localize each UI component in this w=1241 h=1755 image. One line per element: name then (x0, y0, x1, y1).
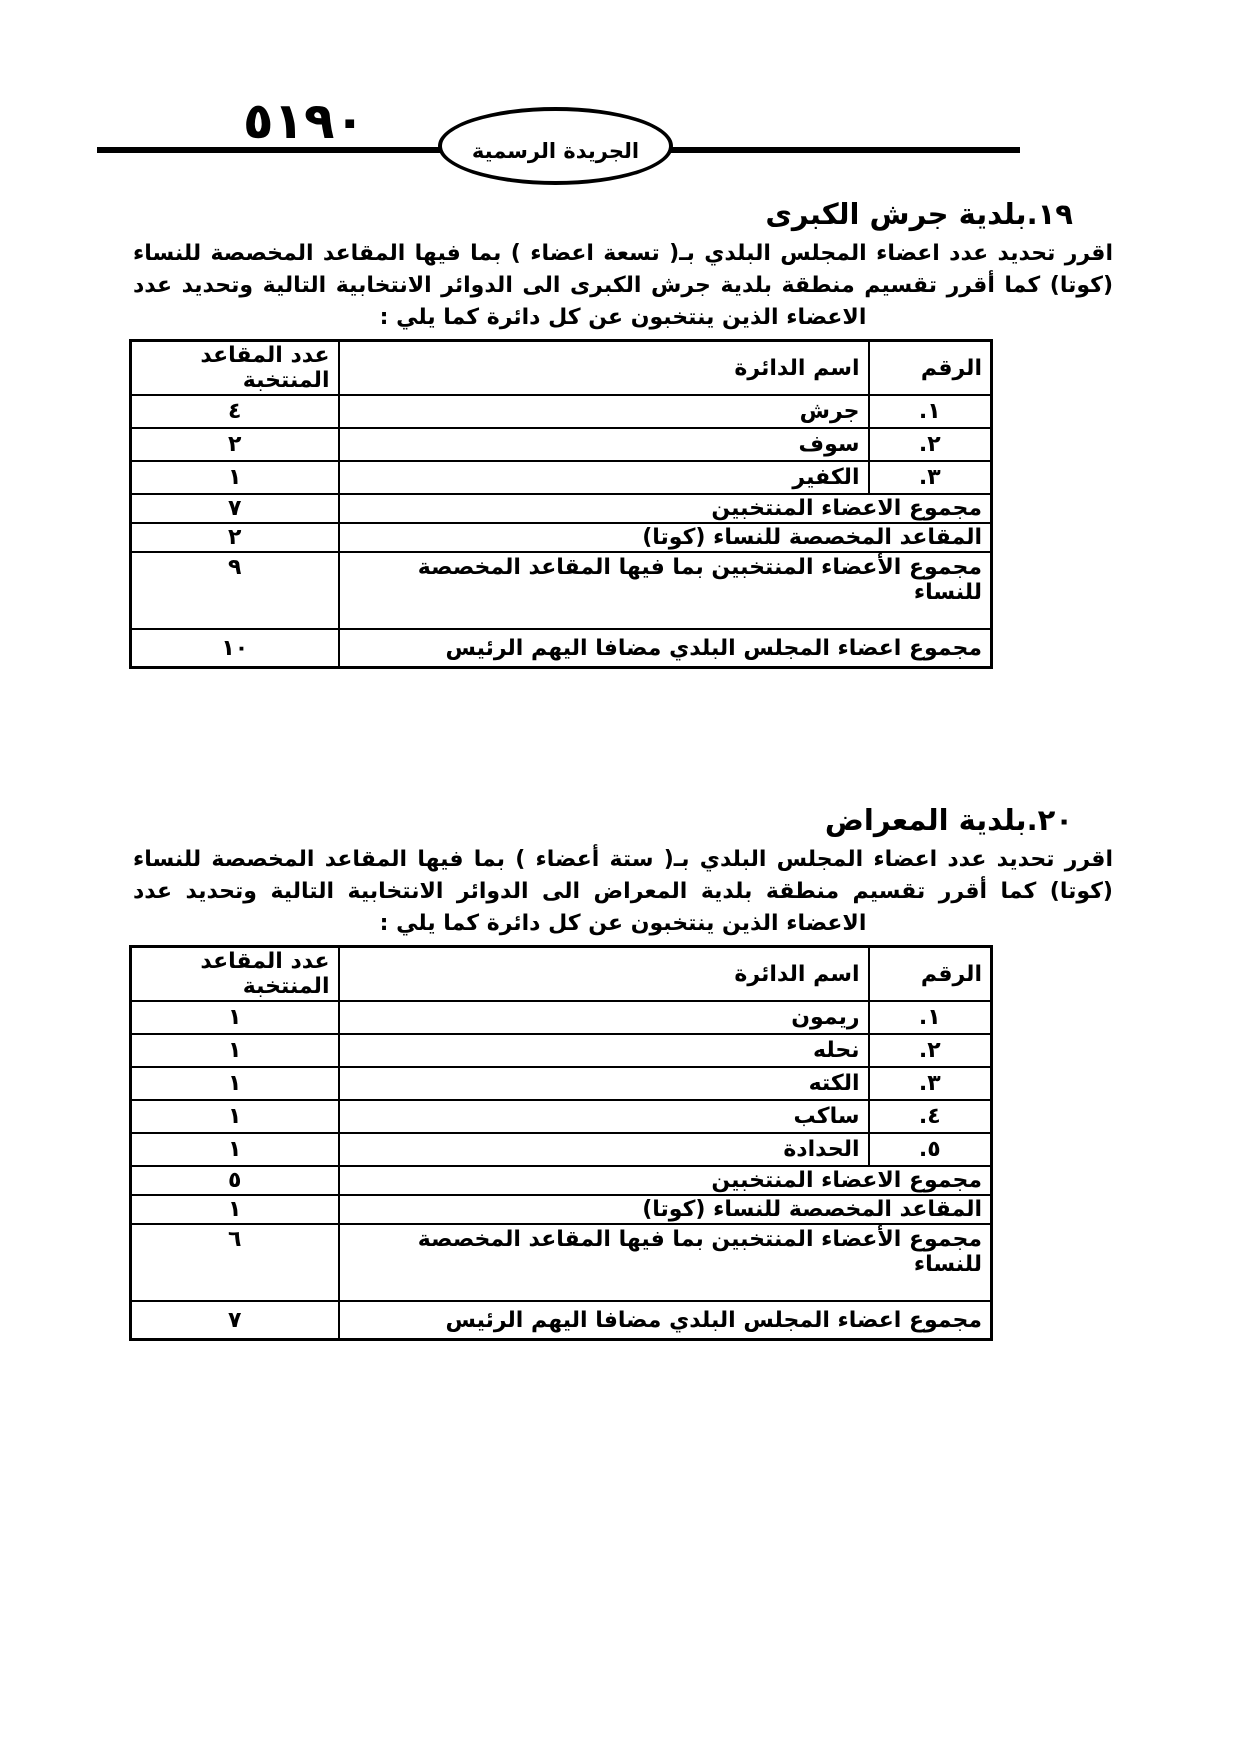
table-row: ٢. سوف ٢ (131, 428, 992, 461)
row-number: ٥. (869, 1133, 992, 1166)
summary-value: ٦ (131, 1224, 339, 1301)
page-content: ١٩.بلدية جرش الكبرى اقرر تحديد عدد اعضاء… (133, 0, 1113, 1341)
col-header-number: الرقم (869, 341, 992, 396)
table-header-row: الرقم اسم الدائرة عدد المقاعد المنتخبة (131, 947, 992, 1002)
summary-value: ٥ (131, 1166, 339, 1195)
seats-table-maarad: الرقم اسم الدائرة عدد المقاعد المنتخبة ١… (129, 945, 993, 1341)
district-seats: ١ (131, 461, 339, 494)
col-header-district: اسم الدائرة (339, 341, 869, 396)
district-seats: ١ (131, 1034, 339, 1067)
summary-label-text: مجموع الأعضاء المنتخبين بما فيها المقاعد… (407, 1227, 982, 1277)
summary-row-total-with-quota: مجموع الأعضاء المنتخبين بما فيها المقاعد… (131, 1224, 992, 1301)
summary-label: مجموع الأعضاء المنتخبين بما فيها المقاعد… (339, 552, 992, 629)
col-header-number: الرقم (869, 947, 992, 1002)
summary-value: ٩ (131, 552, 339, 629)
district-name: ساكب (339, 1100, 869, 1133)
gazette-title-ellipse: الجريدة الرسمية (438, 107, 673, 185)
summary-value: ٢ (131, 523, 339, 552)
summary-row-elected-total: مجموع الاعضاء المنتخبين ٥ (131, 1166, 992, 1195)
table-header-row: الرقم اسم الدائرة عدد المقاعد المنتخبة (131, 341, 992, 396)
gazette-page: ٥١٩٠ الجريدة الرسمية ١٩.بلدية جرش الكبرى… (0, 0, 1241, 1755)
district-name: جرش (339, 395, 869, 428)
summary-label: مجموع الأعضاء المنتخبين بما فيها المقاعد… (339, 1224, 992, 1301)
district-name: سوف (339, 428, 869, 461)
summary-label-text: مجموع الأعضاء المنتخبين بما فيها المقاعد… (407, 555, 982, 605)
summary-label: مجموع اعضاء المجلس البلدي مضافا اليهم ال… (339, 629, 992, 668)
col-header-seats: عدد المقاعد المنتخبة (131, 947, 339, 1002)
summary-label: المقاعد المخصصة للنساء (كوتا) (339, 1195, 992, 1224)
summary-row-elected-total: مجموع الاعضاء المنتخبين ٧ (131, 494, 992, 523)
summary-row-women-quota: المقاعد المخصصة للنساء (كوتا) ٢ (131, 523, 992, 552)
summary-row-women-quota: المقاعد المخصصة للنساء (كوتا) ١ (131, 1195, 992, 1224)
row-number: ٣. (869, 461, 992, 494)
row-number: ٢. (869, 428, 992, 461)
table-row: ٢. نحله ١ (131, 1034, 992, 1067)
row-number: ١. (869, 1001, 992, 1034)
table-row: ٣. الكته ١ (131, 1067, 992, 1100)
district-seats: ٢ (131, 428, 339, 461)
table-row: ٥. الحدادة ١ (131, 1133, 992, 1166)
district-name: الكفير (339, 461, 869, 494)
summary-value: ١٠ (131, 629, 339, 668)
district-seats: ١ (131, 1001, 339, 1034)
row-number: ٤. (869, 1100, 992, 1133)
table-row: ١. ريمون ١ (131, 1001, 992, 1034)
col-header-district: اسم الدائرة (339, 947, 869, 1002)
district-name: الحدادة (339, 1133, 869, 1166)
seats-table-jarash: الرقم اسم الدائرة عدد المقاعد المنتخبة ١… (129, 339, 993, 669)
section-heading: ٢٠.بلدية المعراض (133, 804, 1113, 836)
row-number: ٢. (869, 1034, 992, 1067)
district-seats: ٤ (131, 395, 339, 428)
col-header-seats: عدد المقاعد المنتخبة (131, 341, 339, 396)
summary-value: ٧ (131, 494, 339, 523)
section-jarash-municipality: ١٩.بلدية جرش الكبرى اقرر تحديد عدد اعضاء… (133, 198, 1113, 669)
table-row: ٤. ساكب ١ (131, 1100, 992, 1133)
section-paragraph: اقرر تحديد عدد اعضاء المجلس البلدي بـ( س… (133, 844, 1113, 940)
section-paragraph: اقرر تحديد عدد اعضاء المجلس البلدي بـ( ت… (133, 238, 1113, 334)
district-name: ريمون (339, 1001, 869, 1034)
district-seats: ١ (131, 1133, 339, 1166)
summary-row-total-with-mayor: مجموع اعضاء المجلس البلدي مضافا اليهم ال… (131, 1301, 992, 1340)
district-seats: ١ (131, 1067, 339, 1100)
summary-label: مجموع الاعضاء المنتخبين (339, 494, 992, 523)
district-name: نحله (339, 1034, 869, 1067)
district-seats: ١ (131, 1100, 339, 1133)
section-maarad-municipality: ٢٠.بلدية المعراض اقرر تحديد عدد اعضاء ال… (133, 804, 1113, 1341)
row-number: ١. (869, 395, 992, 428)
summary-value: ١ (131, 1195, 339, 1224)
summary-label: المقاعد المخصصة للنساء (كوتا) (339, 523, 992, 552)
summary-value: ٧ (131, 1301, 339, 1340)
summary-label: مجموع الاعضاء المنتخبين (339, 1166, 992, 1195)
table-row: ٣. الكفير ١ (131, 461, 992, 494)
table-row: ١. جرش ٤ (131, 395, 992, 428)
section-heading: ١٩.بلدية جرش الكبرى (133, 198, 1113, 230)
summary-label: مجموع اعضاء المجلس البلدي مضافا اليهم ال… (339, 1301, 992, 1340)
gazette-title: الجريدة الرسمية (472, 139, 639, 163)
row-number: ٣. (869, 1067, 992, 1100)
district-name: الكته (339, 1067, 869, 1100)
summary-row-total-with-quota: مجموع الأعضاء المنتخبين بما فيها المقاعد… (131, 552, 992, 629)
summary-row-total-with-mayor: مجموع اعضاء المجلس البلدي مضافا اليهم ال… (131, 629, 992, 668)
